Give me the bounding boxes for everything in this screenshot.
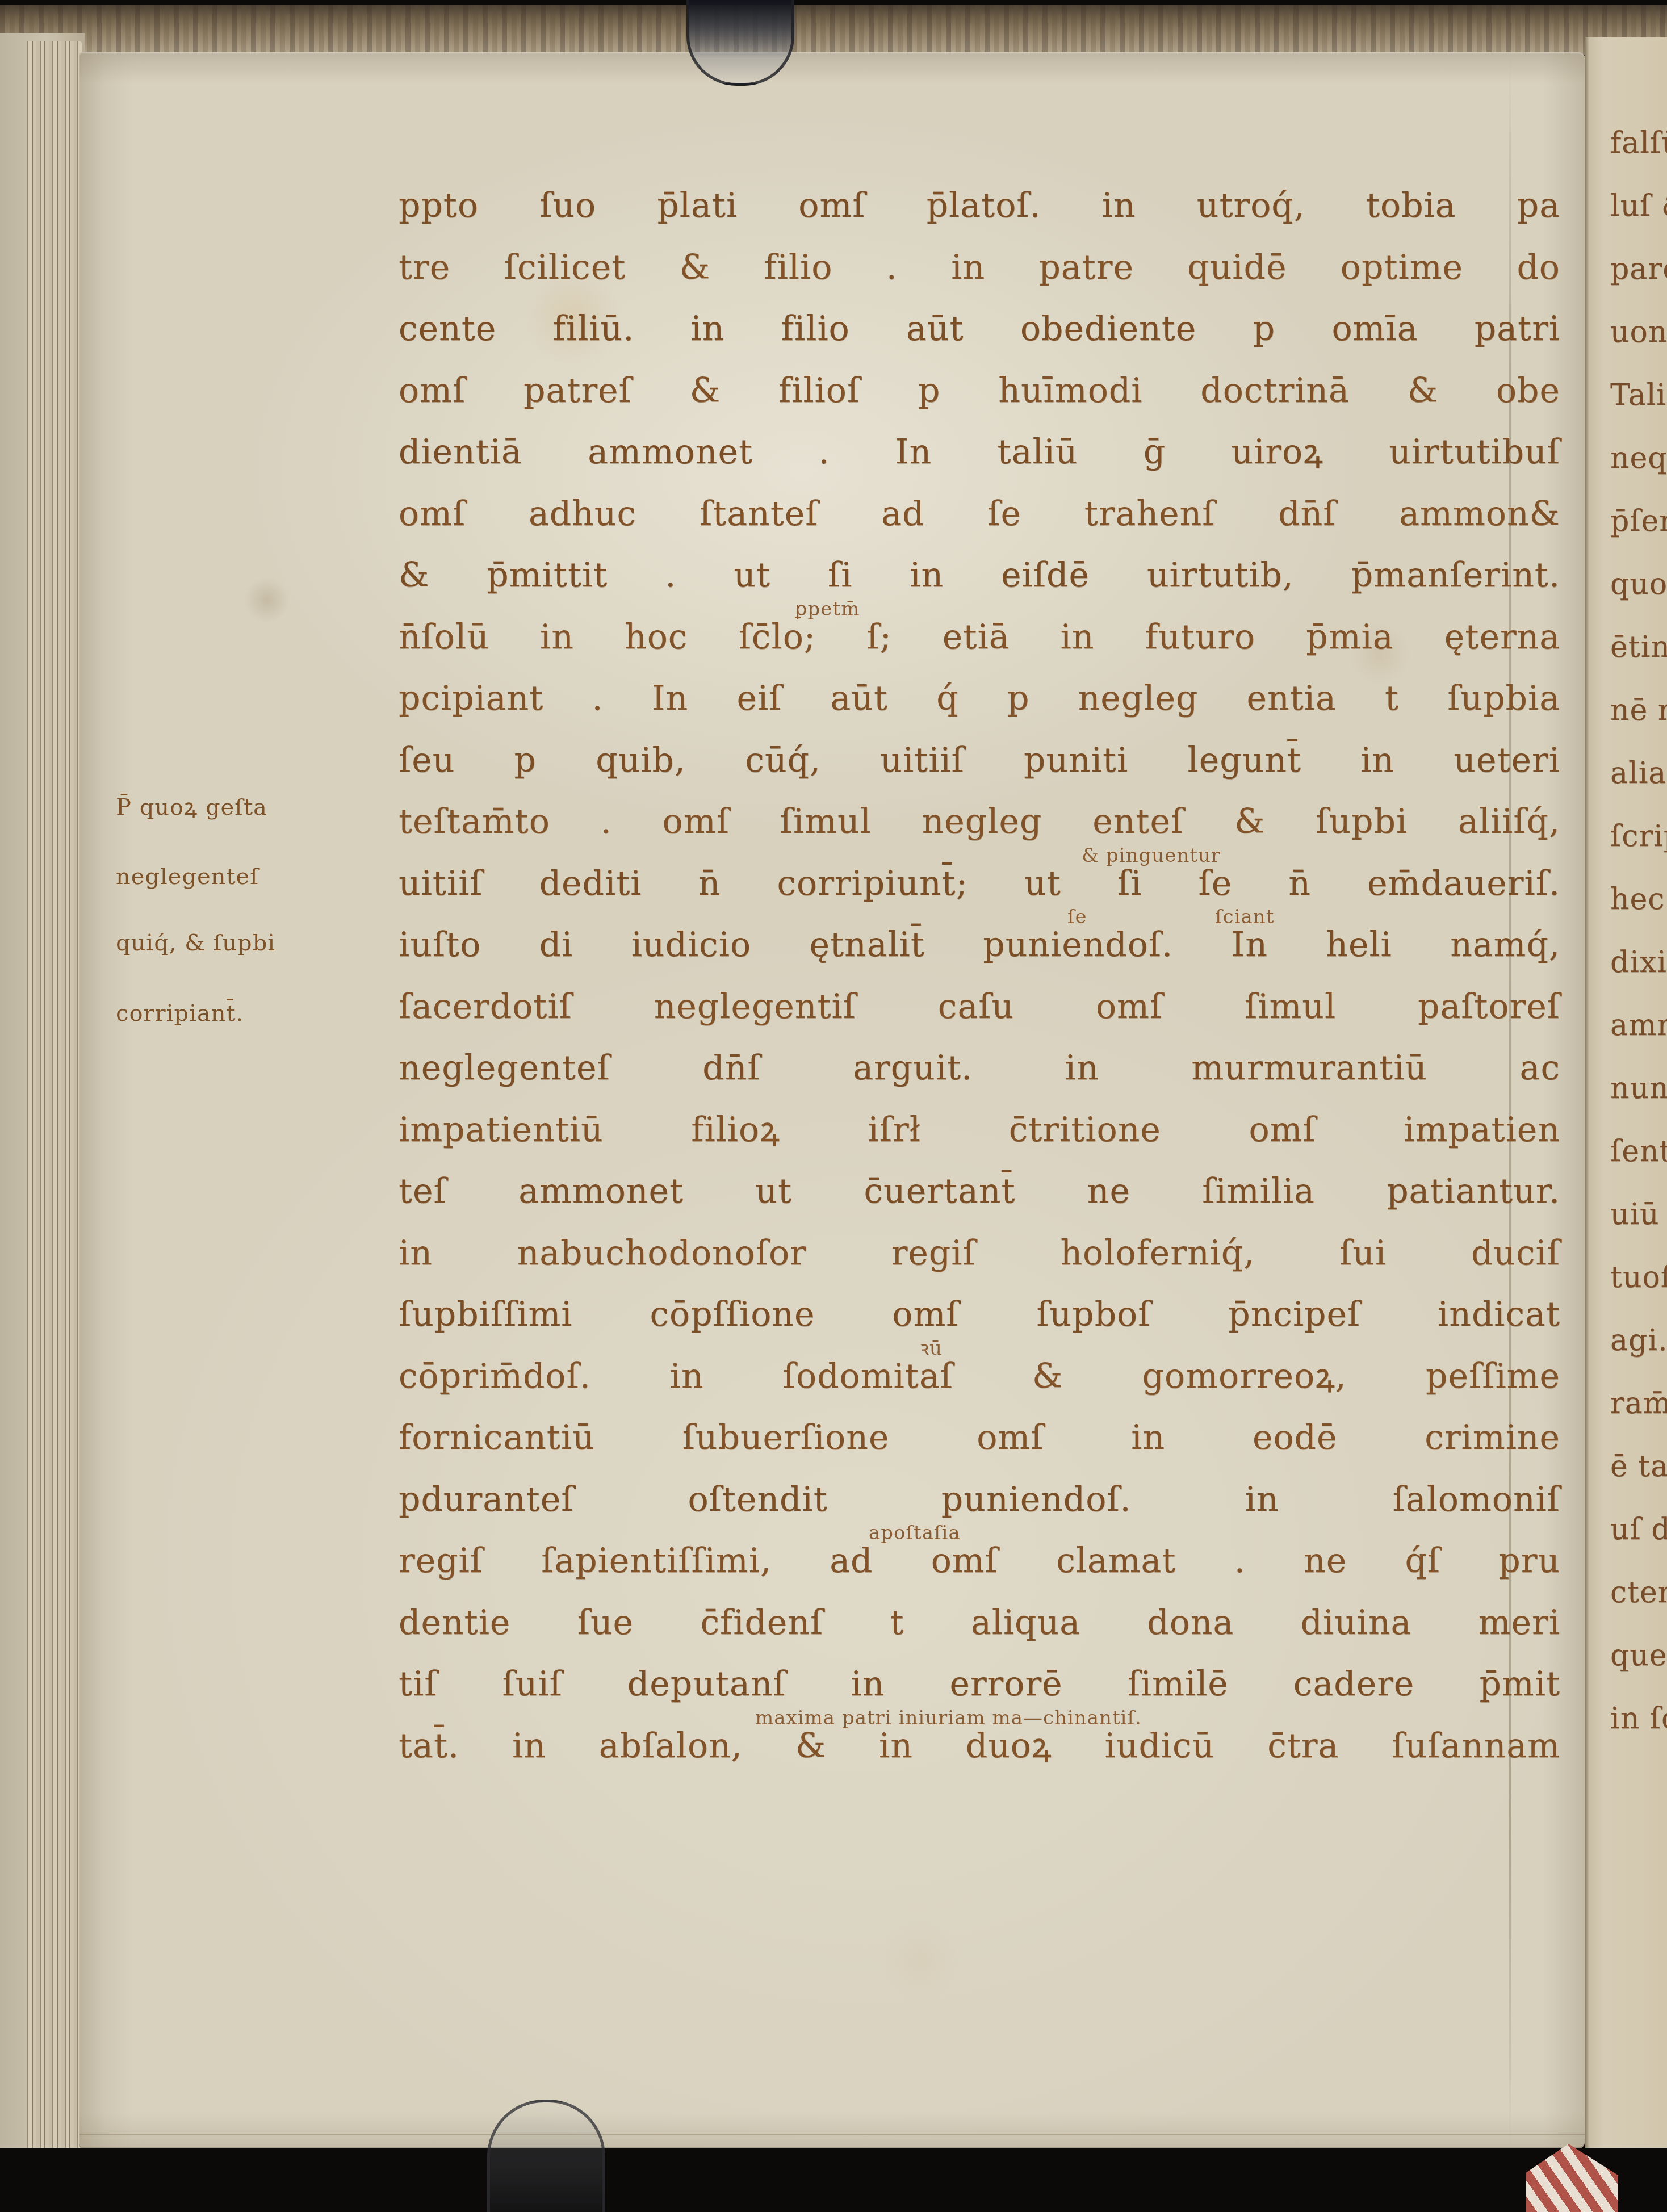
- facing-page-line: aliaſ d: [1610, 759, 1667, 788]
- facing-page-line: agi. ſ.: [1610, 1326, 1667, 1355]
- facing-page-line: nequit: [1610, 443, 1667, 473]
- manuscript-line: teſtam̄to . omſ ſimul negleg enteſ & ſup…: [399, 805, 1560, 839]
- marginal-note-line: corripiant̄.: [116, 1002, 366, 1025]
- manuscript-line: ſupbiſſimi cōpſſione omſ ſupboſ p̄ncipeſ…: [399, 1297, 1560, 1331]
- facing-page-line: falſū: [1610, 128, 1667, 158]
- facing-page-line: ſentiſ: [1610, 1137, 1667, 1166]
- manuscript-line: ſacerdotiſ neglegentiſ caſu omſ ſimul pa…: [399, 990, 1560, 1024]
- manuscript-line: iuſto di iudicio ętnalit̄ puniendoſ. In …: [399, 928, 1560, 962]
- background-bottom-strip: [0, 2148, 1667, 2212]
- manuscript-line: cente filiū. in filio aūt obediente p om…: [399, 312, 1560, 346]
- manuscript-line: regiſ ſapientiſſimi, ad omſ clamat . ne …: [399, 1544, 1560, 1578]
- facing-page-line: ſcripta: [1610, 822, 1667, 851]
- facing-page-line: quoꝝ: [1610, 569, 1667, 599]
- manuscript-line: omſ patreſ & filioſ p huīmodi doctrinā &…: [399, 374, 1560, 408]
- facing-page-line: dixim̄: [1610, 948, 1667, 977]
- interlinear-gloss: ꝑpetm̄: [795, 600, 860, 619]
- interlinear-gloss: apoſtaſia: [869, 1523, 961, 1543]
- facing-page-line: ctentē: [1610, 1578, 1667, 1607]
- manuscript-line: ppto ſuo p̄lati omſ p̄latoſ. in utroq́, …: [399, 188, 1560, 223]
- manuscript-line: & p̄mittit . ut ſi in eiſdē uirtutib, p̄…: [399, 558, 1560, 592]
- manuscript-line: tat̄. in abſalon, & in duoꝝ iudicū c̄tra…: [399, 1729, 1560, 1763]
- manuscript-line: pcipiant . In eiſ aūt q́ p negleg entia …: [399, 681, 1560, 715]
- facing-page-line: paren: [1610, 254, 1667, 284]
- manuscript-line: tiſ ſuiſ deputanſ in errorē ſimilē cader…: [399, 1667, 1560, 1701]
- manuscript-line: n̄ſolū in hoc ſc̄lo; ſ; etiā in futuro p…: [399, 620, 1560, 654]
- facing-page-line: que de: [1610, 1641, 1667, 1670]
- book-head-edge: [0, 3, 1667, 55]
- manuscript-line: cōprim̄doſ. in ſodomitaſ & gomorreoꝝ, pe…: [399, 1359, 1560, 1393]
- background-top-strip: [0, 0, 1667, 5]
- facing-page-line: luſ &: [1610, 191, 1667, 221]
- facing-page-line: ē tanta: [1610, 1452, 1667, 1481]
- interlinear-gloss: ſciant: [1215, 907, 1274, 927]
- facing-page-line: uonē: [1610, 317, 1667, 347]
- text-block: ppto ſuo p̄lati omſ p̄latoſ. in utroq́, …: [79, 52, 1585, 2149]
- page-stack-edges: [24, 41, 82, 2177]
- manuscript-line: in nabuchodonoſor regiſ holoferniq́, ſui…: [399, 1236, 1560, 1270]
- manuscript-line: tre ſcilicet & filio . in patre quidē op…: [399, 250, 1560, 284]
- facing-leaf-edge: falſūluſ &parenuonēTalia gnequitp̄ſentqu…: [1585, 37, 1667, 2164]
- manuscript-line: pduranteſ oſtendit puniendoſ. in ſalomon…: [399, 1482, 1560, 1516]
- facing-page-line: ammo: [1610, 1011, 1667, 1040]
- manuscript-line: ſeu p quib, cūq́, uitiiſ puniti legunt̄ …: [399, 743, 1560, 777]
- manuscript-line: omſ adhuc ſtanteſ ad ſe trahenſ dn̄ſ amm…: [399, 497, 1560, 531]
- manuscript-line: teſ ammonet ut c̄uertant̄ ne ſimilia pat…: [399, 1174, 1560, 1208]
- facing-page-line: nē nr̄: [1610, 696, 1667, 725]
- page-holder-clip-bottom: [487, 2100, 605, 2212]
- manuscript-line: neglegenteſ dn̄ſ arguit. in murmurantiū …: [399, 1051, 1560, 1085]
- manuscript-line: dentie ſue c̄fidenſ t aliqua dona diuina…: [399, 1606, 1560, 1640]
- manuscript-line: dientiā ammonet . In taliū ḡ uiroꝝ uirtu…: [399, 435, 1560, 469]
- parchment-page: ppto ſuo p̄lati omſ p̄latoſ. in utroq́, …: [79, 52, 1585, 2149]
- marginal-note-line: P̄ quoꝝ geſta: [116, 796, 366, 819]
- facing-page-line: hec ita: [1610, 885, 1667, 914]
- manuscript-photo: ppto ſuo p̄lati omſ p̄latoſ. in utroq́, …: [0, 0, 1667, 2212]
- facing-page-line: p̄ſent: [1610, 506, 1667, 536]
- facing-page-line: in ſcele: [1610, 1704, 1667, 1733]
- manuscript-line: fornicantiū ſubuerſione omſ in eodē crim…: [399, 1421, 1560, 1455]
- marginal-note-line: quiq́, & ſupbi: [116, 932, 366, 954]
- facing-page-line: ēting: [1610, 632, 1667, 662]
- facing-page-line: uiū p: [1610, 1200, 1667, 1229]
- facing-page-line: uſ doc: [1610, 1515, 1667, 1544]
- marginal-note-line: neglegenteſ: [116, 865, 366, 888]
- facing-page-line: tuoſo: [1610, 1263, 1667, 1292]
- interlinear-gloss: ꝛū: [920, 1339, 943, 1358]
- interlinear-gloss: maxima patri iniuriam ma—chinantiſ.: [755, 1708, 1142, 1728]
- facing-page-line: ram̄ nu: [1610, 1389, 1667, 1418]
- facing-page-line: Talia g: [1610, 380, 1667, 410]
- facing-page-line: nunc u: [1610, 1074, 1667, 1103]
- interlinear-gloss: ſe: [1067, 907, 1087, 927]
- interlinear-gloss: & pinguentur: [1082, 846, 1221, 865]
- manuscript-line: impatientiū filioꝝ iſrł c̄tritione omſ i…: [399, 1113, 1560, 1147]
- manuscript-line: uitiiſ dediti n̄ corripiunt̄; ut ſi ſe n…: [399, 866, 1560, 900]
